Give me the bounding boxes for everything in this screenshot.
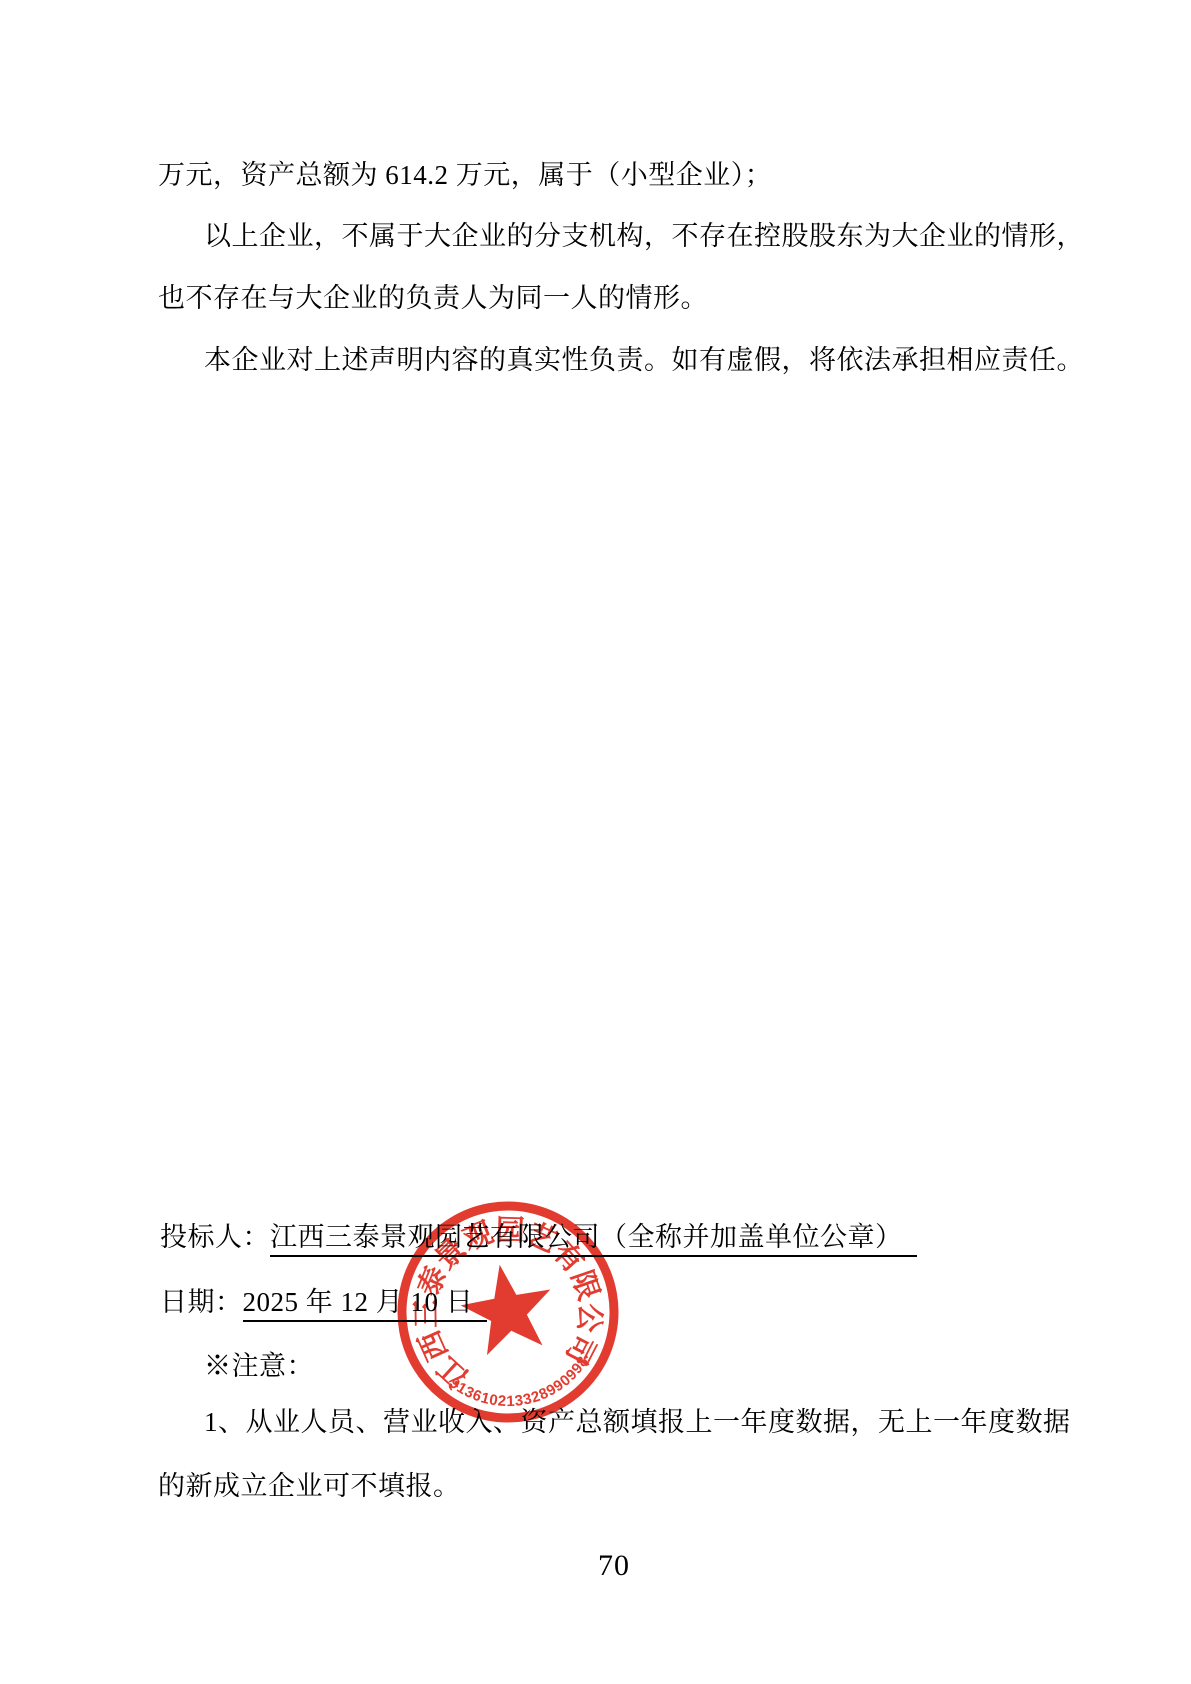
date-value: 2025 年 12 月 10 日 (243, 1287, 488, 1322)
paragraph-text: 也不存在与大企业的负责人为同一人的情形。 (158, 283, 708, 314)
bidder-label: 投标人： (160, 1222, 270, 1252)
paragraph-text: 以上企业，不属于大企业的分支机构，不存在控股股东为大企业的情形， (204, 221, 1084, 252)
note-item-text: 1、从业人员、营业收入、资产总额填报上一年度数据，无上一年度数据 (204, 1407, 1071, 1438)
date-label: 日期： (160, 1287, 243, 1317)
bidder-value: 江西三泰景观园艺有限公司（全称并加盖单位公章） (270, 1222, 917, 1257)
paragraph-text: 万元，资产总额为 614.2 万元，属于（小型企业）； (158, 160, 772, 191)
paragraph-text: 本企业对上述声明内容的真实性负责。如有虚假，将依法承担相应责任。 (204, 345, 1084, 376)
note-item-text: 的新成立企业可不填报。 (158, 1471, 461, 1502)
bidder-line: 投标人：江西三泰景观园艺有限公司（全称并加盖单位公章） (160, 1222, 917, 1253)
date-line: 日期：2025 年 12 月 10 日 (160, 1287, 487, 1318)
page-number: 70 (598, 1549, 630, 1583)
notes-heading: ※注意： (204, 1351, 314, 1382)
document-page: 万元，资产总额为 614.2 万元，属于（小型企业）； 以上企业，不属于大企业的… (0, 0, 1191, 1684)
